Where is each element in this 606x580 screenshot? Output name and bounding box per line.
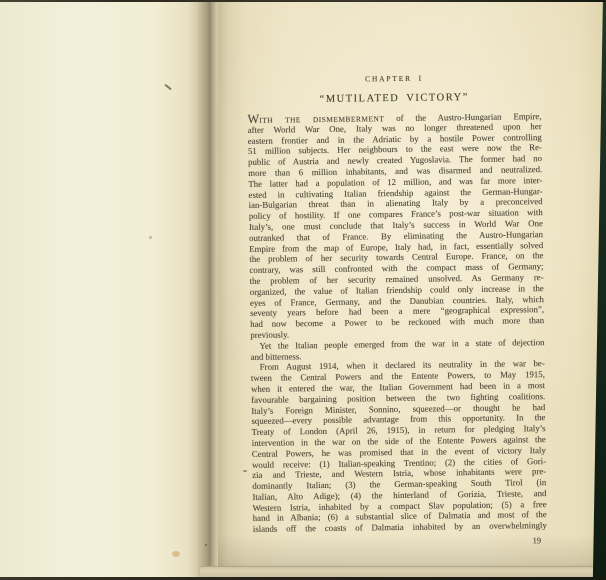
body-text: WITH THE DISMEMBERMENT of the Austro-Hun… [247, 110, 546, 535]
page-text: CHAPTER I “MUTILATED VICTORY” WITH THE D… [247, 68, 547, 549]
lead-initial: W [247, 112, 259, 125]
paper-stain [172, 551, 180, 557]
margin-mark [243, 470, 247, 472]
open-book-photo: CHAPTER I “MUTILATED VICTORY” WITH THE D… [0, 0, 606, 580]
chapter-title: “MUTILATED VICTORY” [247, 90, 541, 108]
photo-top-edge [0, 0, 606, 2]
chapter-heading: CHAPTER I [247, 68, 541, 86]
paper-speck [149, 236, 152, 239]
paper-speck [205, 544, 207, 546]
gutter-shadow [198, 0, 218, 580]
